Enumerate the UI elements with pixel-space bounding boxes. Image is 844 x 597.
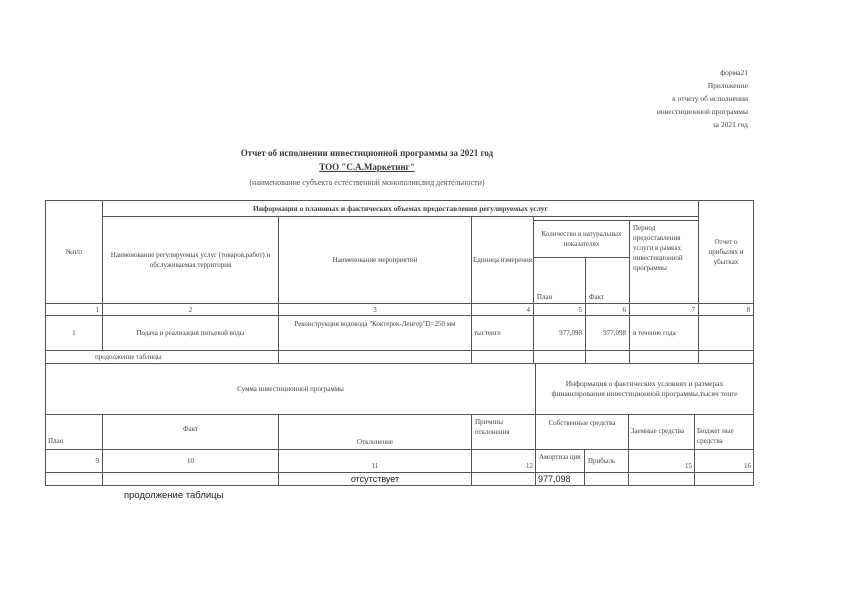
row-period: в течение года <box>629 315 699 351</box>
company-subtitle: (наименование субъекта естественной моно… <box>0 178 734 187</box>
col-num-header: №п/п <box>45 200 103 304</box>
row-fact <box>102 472 279 486</box>
appendix-line-1: к отчету об исполнении <box>657 92 748 105</box>
row-fact: 977,098 <box>585 315 630 351</box>
row-amortization: 977,098 <box>535 472 585 486</box>
col-deviation-header: Отклонение <box>278 414 472 450</box>
row-borrowed <box>628 472 695 486</box>
col-number-9: 9 <box>45 449 103 473</box>
empty-cell <box>698 350 754 364</box>
col-qty-header: Количество в натуральных показателях <box>533 220 630 258</box>
empty-cell <box>629 350 699 364</box>
col-budget-header: Бюджет ные средства <box>694 414 754 450</box>
row-budget <box>694 472 754 486</box>
col-unit-header: Единица измерения <box>471 216 534 304</box>
row-report <box>698 315 754 351</box>
footer-continuation-note: продолжение таблицы <box>124 490 223 501</box>
col-reasons-header: Причины отклонения <box>471 414 536 450</box>
col-event-header: Наименование мероприятий <box>278 216 472 304</box>
col-number-10: 10 <box>102 449 279 473</box>
empty-cell <box>278 350 472 364</box>
col-number-12: 12 <box>471 449 536 473</box>
row-plan: 977,098 <box>533 315 586 351</box>
group-header: Информация о плановых и фактических объе… <box>102 200 699 217</box>
col-own-funds-header: Собственные средства <box>535 414 629 450</box>
financing-info-header: Информация о фактических условиях и разм… <box>535 363 754 415</box>
row-plan <box>45 472 103 486</box>
col-amortization-header: Амортиза ция <box>535 449 585 473</box>
col-number-11: 11 <box>278 449 472 473</box>
appendix-line-3: за 2021 год <box>657 118 748 131</box>
col-number-16: 16 <box>694 449 754 473</box>
col-borrowed-header: Заемные средства <box>628 414 695 450</box>
col-profit-header: Прибыль <box>584 449 629 473</box>
sum-header: Сумма инвестиционной программы <box>45 363 536 415</box>
row-reasons <box>471 472 536 486</box>
form-number: форма21 <box>657 66 748 79</box>
col-number-15: 15 <box>628 449 695 473</box>
appendix-label: Приложение <box>657 79 748 92</box>
col-fact-header: Факт <box>102 414 279 450</box>
empty-cell <box>533 350 586 364</box>
table-continuation: продолжение таблицы <box>45 350 279 364</box>
row-event: Реконструкция водовода "Коктерек-Ленгер"… <box>278 315 472 351</box>
empty-cell <box>585 350 630 364</box>
row-profit <box>584 472 629 486</box>
report-title: Отчет об исполнении инвестиционной прогр… <box>0 148 734 158</box>
row-unit: тыстенге <box>471 315 534 351</box>
col-plan-header: План <box>45 414 103 450</box>
row-service: Подача и реализация питьевой воды <box>102 315 279 351</box>
col-plan-header: План <box>533 257 586 304</box>
col-service-header: Наименование регулируемых услуг (товаров… <box>102 216 279 304</box>
row-num: 1 <box>45 315 103 351</box>
col-fact-header: Факт <box>585 257 630 304</box>
empty-cell <box>471 350 534 364</box>
col-period-header: Период предоставления услуги в рамках ин… <box>629 220 699 304</box>
company-name: ТОО "С.А.Маркетинг" <box>0 162 734 172</box>
row-deviation: отсутствует <box>278 472 472 486</box>
appendix-line-2: инвестиционной программы <box>657 105 748 118</box>
appendix-header: форма21 Приложение к отчету об исполнени… <box>657 66 748 131</box>
col-report-header: Отчет о прибылях и убытках <box>698 200 754 304</box>
